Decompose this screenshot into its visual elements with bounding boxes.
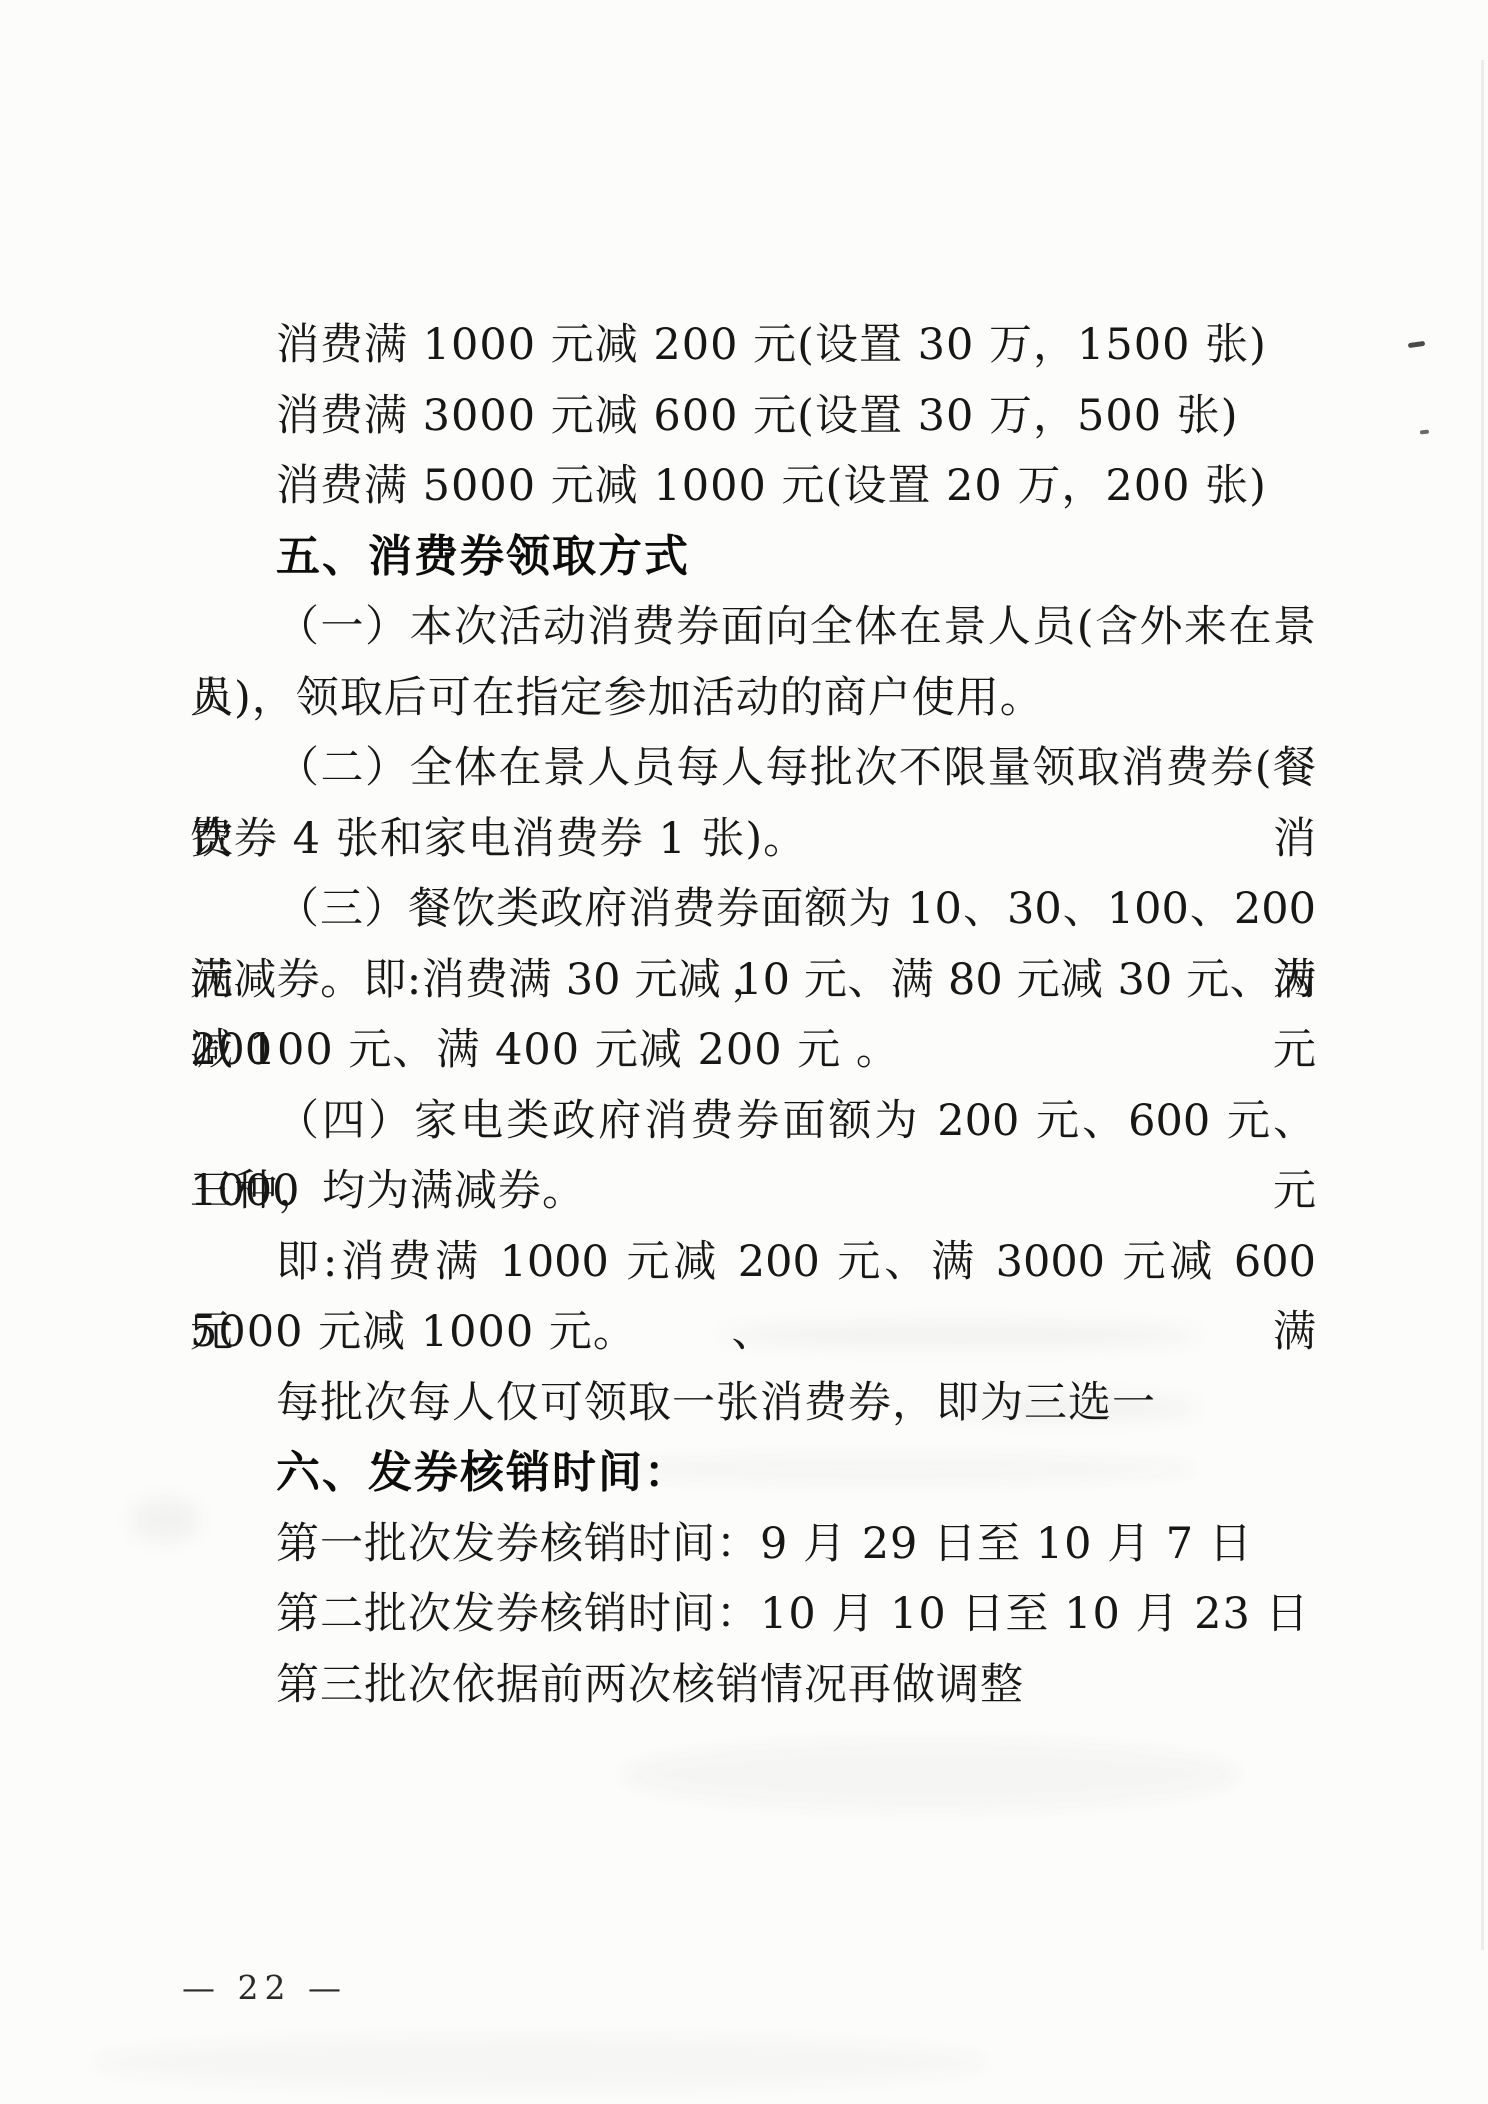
document-body: 消费满 1000 元减 200 元(设置 30 万，1500 张) 消费满 30… — [190, 310, 1316, 1720]
scan-smudge — [90, 2035, 990, 2090]
para-3-line-1: （三）餐饮类政府消费券面额为 10、30、100、200 元，为 — [190, 874, 1316, 945]
coupon-tier-1000-line: 消费满 1000 元减 200 元(设置 30 万，1500 张) — [190, 310, 1316, 381]
scanned-document-page: 消费满 1000 元减 200 元(设置 30 万，1500 张) 消费满 30… — [0, 0, 1488, 2104]
page-number: — 22 — — [182, 1968, 347, 2007]
batch-1-schedule-line: 第一批次发券核销时间：9 月 29 日至 10 月 7 日 — [190, 1509, 1316, 1580]
scan-smudge — [130, 1498, 200, 1542]
para-2-line-1: （二）全体在景人员每人每批次不限量领取消费券(餐饮消 — [190, 733, 1316, 804]
para-3-line-2: 满减券。即:消费满 30 元减 10 元、满 80 元减 30 元、满 200 … — [190, 945, 1316, 1016]
para-1-line-1: （一）本次活动消费券面向全体在景人员(含外来在景人 — [190, 592, 1316, 663]
batch-2-schedule-line: 第二批次发券核销时间：10 月 10 日至 10 月 23 日 — [190, 1579, 1316, 1650]
scan-smudge — [940, 1396, 1200, 1420]
scan-smudge — [720, 1322, 1200, 1348]
coupon-tier-5000-line: 消费满 5000 元减 1000 元(设置 20 万，200 张) — [190, 451, 1316, 522]
coupon-tier-3000-line: 消费满 3000 元减 600 元(设置 30 万，500 张) — [190, 381, 1316, 452]
para-1-line-2: 员)，领取后可在指定参加活动的商户使用。 — [190, 663, 1316, 734]
section-5-heading: 五、消费券领取方式 — [190, 522, 1316, 593]
scan-mark — [1408, 341, 1426, 348]
batch-3-schedule-line: 第三批次依据前两次核销情况再做调整 — [190, 1650, 1316, 1721]
scan-smudge — [620, 1740, 1240, 1810]
scan-smudge — [580, 1455, 1200, 1483]
para-5-line-1: 即:消费满 1000 元减 200 元、满 3000 元减 600 元、满 — [190, 1227, 1316, 1298]
para-4-line-1: （四）家电类政府消费券面额为 200 元、600 元、1000 元 — [190, 1086, 1316, 1157]
scan-edge-shadow — [1481, 60, 1484, 1950]
scan-mark — [1420, 430, 1429, 435]
